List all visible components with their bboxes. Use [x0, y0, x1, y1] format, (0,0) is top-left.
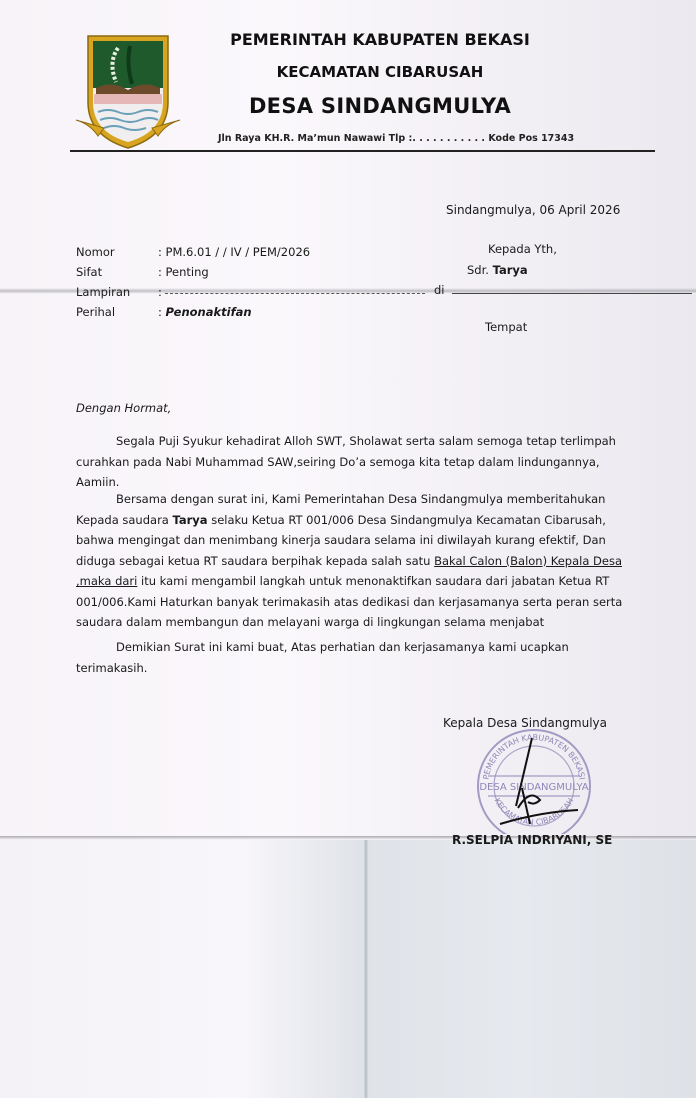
- paragraph-closing: Demikian Surat ini kami buat, Atas perha…: [76, 637, 636, 678]
- subject-text: Penonaktifan: [166, 305, 252, 319]
- signatory-name: R.SELPIA INDRIYANI, SE: [452, 833, 612, 847]
- paper-fold-line: [364, 840, 368, 1098]
- paper-bottom-section: [0, 840, 696, 1098]
- paragraph-main: Bersama dengan surat ini, Kami Pemerinta…: [76, 489, 636, 633]
- letterhead-village: DESA SINDANGMULYA: [190, 94, 570, 118]
- recipient-tempat: Tempat: [485, 320, 527, 334]
- letterhead-address: Jln Raya KH.R. Ma’mun Nawawi Tlp :. . . …: [218, 133, 574, 144]
- paragraph-text: itu kami mengambil langkah untuk menonak…: [76, 574, 622, 629]
- official-stamp-icon: PEMERINTAH KABUPATEN BEKASI KECAMATAN CI…: [470, 728, 598, 834]
- paragraph-opening: Segala Puji Syukur kehadirat Alloh SWT, …: [76, 431, 636, 493]
- regency-coat-of-arms-icon: [74, 32, 182, 152]
- meta-value: : Penonaktifan: [158, 305, 252, 319]
- lampiran-blank-line: [165, 293, 425, 295]
- svg-text:DESA SINDANGMULYA: DESA SINDANGMULYA: [479, 782, 588, 793]
- svg-text:PEMERINTAH KABUPATEN BEKASI: PEMERINTAH KABUPATEN BEKASI: [481, 733, 586, 780]
- recipient-name-line: Sdr. Tarya: [467, 263, 528, 277]
- letter-date: Sindangmulya, 06 April 2026: [446, 203, 620, 217]
- meta-value: : PM.6.01 / / IV / PEM/2026: [158, 245, 310, 259]
- meta-value: :: [158, 285, 162, 299]
- recipient-kepada: Kepada Yth,: [488, 242, 557, 256]
- paragraph-name: Tarya: [173, 513, 208, 527]
- recipient-blank-line: [452, 293, 692, 295]
- meta-value: : Penting: [158, 265, 209, 279]
- meta-label: Perihal: [76, 305, 156, 319]
- recipient-salutation: Sdr.: [467, 263, 493, 277]
- meta-label: Nomor: [76, 245, 156, 259]
- greeting: Dengan Hormat,: [76, 398, 636, 419]
- recipient-name: Tarya: [493, 263, 528, 277]
- meta-colon: :: [158, 305, 166, 319]
- meta-label: Lampiran: [76, 285, 156, 299]
- letterhead-government: PEMERINTAH KABUPATEN BEKASI: [190, 30, 570, 49]
- recipient-di: di: [434, 283, 445, 297]
- letterhead-divider: [70, 150, 655, 152]
- meta-label: Sifat: [76, 265, 156, 279]
- letterhead-district: KECAMATAN CIBARUSAH: [190, 63, 570, 81]
